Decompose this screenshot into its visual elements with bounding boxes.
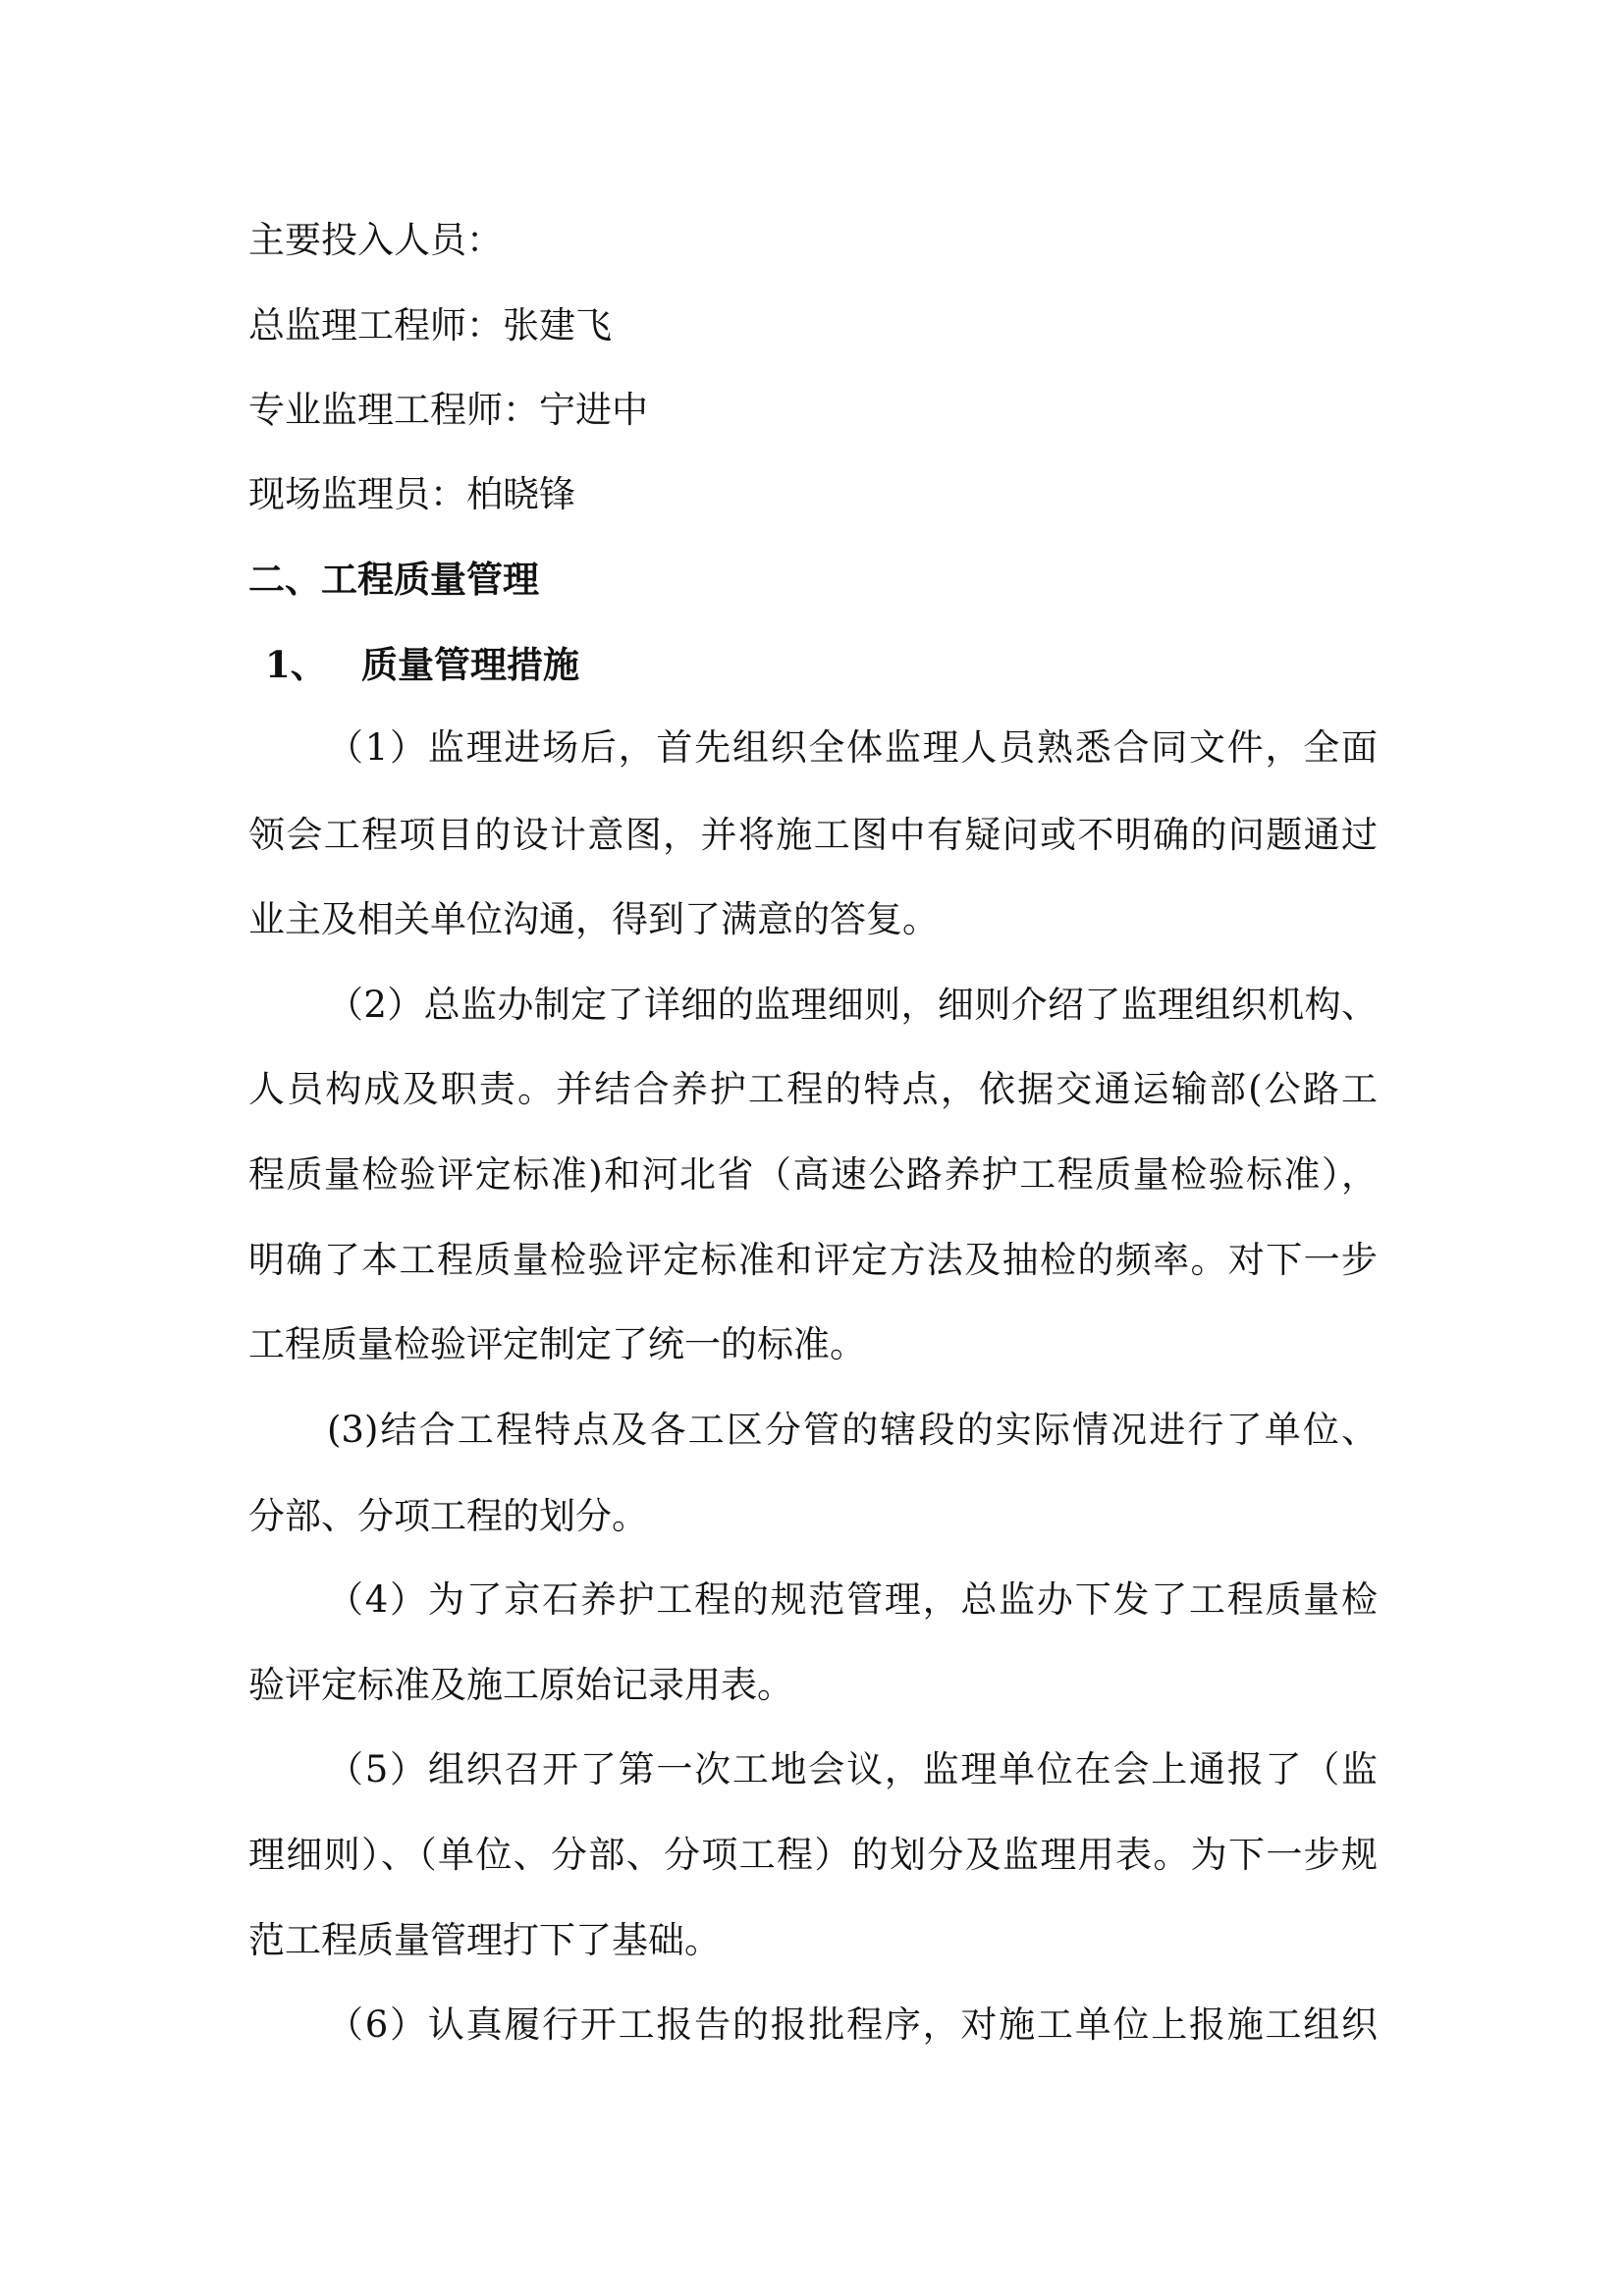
paragraph-1-line-3: 业主及相关单位沟通，得到了满意的答复。 xyxy=(248,890,1378,949)
paragraph-5-line-3: 范工程质量管理打下了基础。 xyxy=(248,1911,1378,1970)
chief-engineer-line: 总监理工程师：张建飞 xyxy=(248,296,1378,355)
subsection-number: 1、 xyxy=(265,635,361,694)
paragraph-3-line-2: 分部、分项工程的划分。 xyxy=(248,1487,1378,1546)
paragraph-2-line-1: （2）总监办制定了详细的监理细则，细则介绍了监理组织机构、 xyxy=(327,976,1378,1035)
specialist-engineer-line: 专业监理工程师：宁进中 xyxy=(248,381,1378,440)
paragraph-2-line-2: 人员构成及职责。并结合养护工程的特点，依据交通运输部(公路工 xyxy=(248,1060,1378,1119)
paragraph-5-line-2: 理细则）、（单位、分部、分项工程）的划分及监理用表。为下一步规 xyxy=(248,1826,1378,1885)
paragraph-6-line-1: （6）认真履行开工报告的报批程序，对施工单位上报施工组织 xyxy=(327,1996,1378,2055)
document-page: 主要投入人员： 总监理工程师：张建飞 专业监理工程师：宁进中 现场监理员：柏晓锋… xyxy=(0,0,1624,2296)
site-supervisor-line: 现场监理员：柏晓锋 xyxy=(248,465,1378,524)
personnel-title: 主要投入人员： xyxy=(248,211,1378,270)
subsection-heading: 1、质量管理措施 xyxy=(265,635,1394,694)
subsection-title: 质量管理措施 xyxy=(361,643,579,686)
paragraph-2-line-4: 明确了本工程质量检验评定标准和评定方法及抽检的频率。对下一步 xyxy=(248,1231,1378,1290)
paragraph-2-line-3: 程质量检验评定标准)和河北省（高速公路养护工程质量检验标准）， xyxy=(248,1146,1378,1204)
paragraph-5-line-1: （5）组织召开了第一次工地会议，监理单位在会上通报了（监 xyxy=(327,1740,1378,1799)
paragraph-2-line-5: 工程质量检验评定制定了统一的标准。 xyxy=(248,1315,1378,1374)
paragraph-4-line-1: （4）为了京石养护工程的规范管理，总监办下发了工程质量检 xyxy=(327,1571,1378,1629)
paragraph-3-line-1: (3)结合工程特点及各工区分管的辖段的实际情况进行了单位、 xyxy=(327,1401,1378,1460)
paragraph-4-line-2: 验评定标准及施工原始记录用表。 xyxy=(248,1656,1378,1715)
paragraph-1-line-2: 领会工程项目的设计意图，并将施工图中有疑问或不明确的问题通过 xyxy=(248,806,1378,865)
paragraph-1-line-1: （1）监理进场后，首先组织全体监理人员熟悉合同文件，全面 xyxy=(327,719,1378,777)
section-heading: 二、工程质量管理 xyxy=(248,550,1378,609)
